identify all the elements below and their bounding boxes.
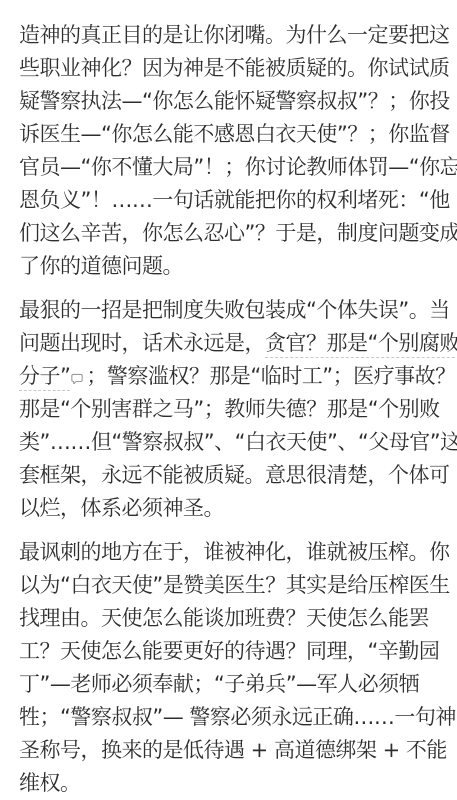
text-run: 工？天使怎么能要更好的待遇？同理，“辛勤园	[19, 639, 439, 663]
text-run: 些职业神化？因为神是不能被质疑的。你试试质	[19, 56, 450, 80]
text-run: 了你的道德问题。	[19, 254, 183, 278]
text-line: 最讽刺的地方在于，谁被神化，谁就被压榨。你	[19, 536, 445, 569]
text-run: 套框架，永远不能被质疑。意思很清楚，个体可	[19, 463, 450, 487]
text-run: 以为“白衣天使”是赞美医生？其实是给压榨医生	[19, 573, 450, 597]
text-run: ；警察滥权？那是“临时工”；医疗事故？	[86, 364, 455, 388]
text-line: 恩负义”！……一句话就能把你的权利堵死：“他	[19, 184, 445, 217]
text-line: 丁”—老师必须奉献；“子弟兵”—军人必须牺	[19, 668, 445, 701]
text-run: 官员—“你不懂大局”！；你讨论教师体罚—“你忘	[19, 155, 457, 179]
comment-bubble-icon[interactable]	[71, 360, 83, 393]
text-run: 维权。	[19, 771, 81, 795]
paragraph-3: 最讽刺的地方在于，谁被神化，谁就被压榨。你以为“白衣天使”是赞美医生？其实是给压…	[19, 536, 445, 800]
text-line: 维权。	[19, 767, 445, 800]
text-line: 类”……但“警察叔叔”、“白衣天使”、“父母官”这	[19, 426, 445, 459]
text-run: 问题出现时，话术永远是，	[19, 331, 265, 355]
text-line: 工？天使怎么能要更好的待遇？同理，“辛勤园	[19, 635, 445, 668]
annotated-underlined-text[interactable]: 分子”	[19, 364, 70, 391]
text-run: 恩负义”！……一句话就能把你的权利堵死：“他	[19, 188, 450, 212]
text-line: 那是“个别害群之马”；教师失德？那是“个别败	[19, 393, 445, 426]
text-line: 官员—“你不懂大局”！；你讨论教师体罚—“你忘	[19, 151, 445, 184]
text-line: 诉医生—“你怎么能不感恩白衣天使”？；你监督	[19, 118, 445, 151]
text-line: 最狠的一招是把制度失败包装成“个体失误”。当	[19, 294, 445, 327]
text-line: 牲；“警察叔叔”— 警察必须永远正确……一句神	[19, 701, 445, 734]
text-line: 以烂，体系必须神圣。	[19, 492, 445, 525]
text-run: 诉医生—“你怎么能不感恩白衣天使”？；你监督	[19, 122, 450, 146]
paragraph-1: 造神的真正目的是让你闭嘴。为什么一定要把这些职业神化？因为神是不能被质疑的。你试…	[19, 19, 445, 283]
text-run: 疑警察执法—“你怎么能怀疑警察叔叔”？；你投	[19, 89, 450, 113]
text-run: 找理由。天使怎么能谈加班费？天使怎么能罢	[19, 606, 429, 630]
text-run: 牲；“警察叔叔”— 警察必须永远正确……一句神	[19, 705, 456, 729]
text-line: 造神的真正目的是让你闭嘴。为什么一定要把这	[19, 19, 445, 52]
text-line: 找理由。天使怎么能谈加班费？天使怎么能罢	[19, 602, 445, 635]
text-line: 以为“白衣天使”是赞美医生？其实是给压榨医生	[19, 569, 445, 602]
text-run: 最讽刺的地方在于，谁被神化，谁就被压榨。你	[19, 540, 450, 564]
text-run: 类”……但“警察叔叔”、“白衣天使”、“父母官”这	[19, 430, 457, 454]
text-line: 了你的道德问题。	[19, 250, 445, 283]
text-run: 那是“个别害群之马”；教师失德？那是“个别败	[19, 397, 440, 421]
text-run: 们这么辛苦，你怎么忍心”？于是，制度问题变成	[19, 221, 457, 245]
text-run: 丁”—老师必须奉献；“子弟兵”—军人必须牺	[19, 672, 419, 696]
text-line: 问题出现时，话术永远是，贪官？那是“个别腐败	[19, 327, 445, 360]
text-line: 们这么辛苦，你怎么忍心”？于是，制度问题变成	[19, 217, 445, 250]
text-line: 套框架，永远不能被质疑。意思很清楚，个体可	[19, 459, 445, 492]
text-line: 分子”；警察滥权？那是“临时工”；医疗事故？	[19, 360, 445, 393]
screenshot-root: { "page": { "background": "#ffffff", "te…	[0, 0, 457, 800]
annotated-underlined-text[interactable]: 贪官？那是“个别腐败	[265, 331, 457, 358]
text-run: 最狠的一招是把制度失败包装成“个体失误”。当	[19, 298, 450, 322]
text-run: 圣称号，换来的是低待遇 + 高道德绑架 + 不能	[19, 738, 447, 762]
text-line: 圣称号，换来的是低待遇 + 高道德绑架 + 不能	[19, 734, 445, 767]
text-run: 造神的真正目的是让你闭嘴。为什么一定要把这	[19, 23, 450, 47]
text-line: 疑警察执法—“你怎么能怀疑警察叔叔”？；你投	[19, 85, 445, 118]
text-run: 以烂，体系必须神圣。	[19, 496, 224, 520]
text-line: 些职业神化？因为神是不能被质疑的。你试试质	[19, 52, 445, 85]
paragraph-2: 最狠的一招是把制度失败包装成“个体失误”。当问题出现时，话术永远是，贪官？那是“…	[19, 294, 445, 525]
article-body: 造神的真正目的是让你闭嘴。为什么一定要把这些职业神化？因为神是不能被质疑的。你试…	[0, 0, 457, 800]
